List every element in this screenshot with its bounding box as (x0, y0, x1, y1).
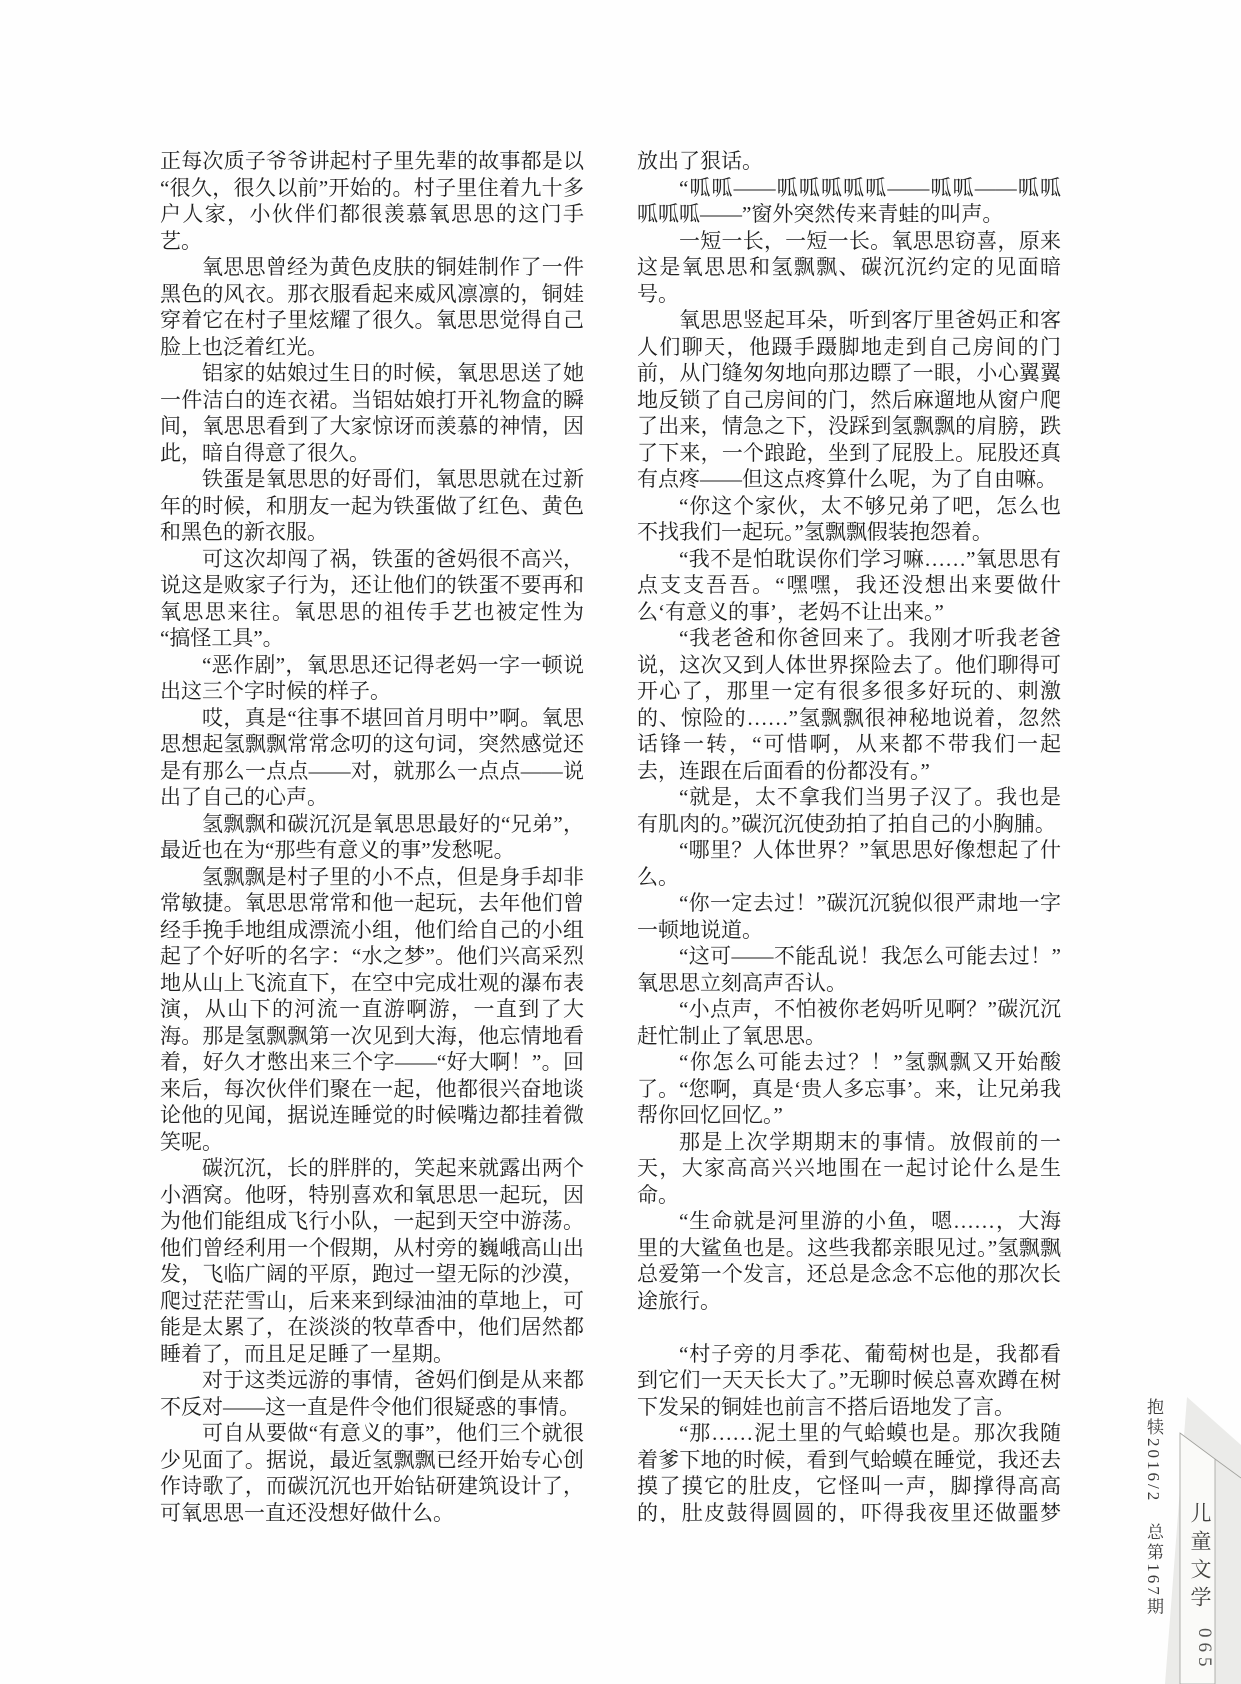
story-paragraph: 氢飘飘和碳沉沉是氧思思最好的“兄弟”，最近也在为“那些有意义的事”发愁呢。 (160, 811, 584, 864)
story-paragraph: “那……泥土里的气蛤蟆也是。那次我随着爹下地的时候，看到气蛤蟆在睡觉，我还去摸了… (637, 1420, 1061, 1523)
story-paragraph: “我老爸和你爸回来了。我刚才听我老爸说，这次又到人体世界探险去了。他们聊得可开心… (637, 625, 1061, 784)
story-paragraph: 碳沉沉，长的胖胖的，笑起来就露出两个小酒窝。他呀，特别喜欢和氧思思一起玩，因为他… (160, 1155, 584, 1367)
story-paragraph: 铝家的姑娘过生日的时候，氧思思送了她一件洁白的连衣裙。当铝姑娘打开礼物盒的瞬间，… (160, 360, 584, 466)
story-paragraph: 正每次质子爷爷讲起村子里先辈的故事都是以“很久，很久以前”开始的。村子里住着九十… (160, 148, 584, 254)
story-paragraph: 可自从要做“有意义的事”，他们三个就很少见面了。据说，最近氢飘飘已经开始专心创作… (160, 1420, 584, 1523)
story-column-left: 正每次质子爷爷讲起村子里先辈的故事都是以“很久，很久以前”开始的。村子里住着九十… (160, 148, 584, 1523)
magazine-name: 儿童文学 (1181, 1502, 1215, 1614)
story-paragraph: “哪里？人体世界？”氧思思好像想起了什么。 (637, 837, 1061, 890)
story-paragraph: “这可——不能乱说！我怎么可能去过！”氧思思立刻高声否认。 (637, 943, 1061, 996)
story-paragraph: 铁蛋是氧思思的好哥们，氧思思就在过新年的时候，和朋友一起为铁蛋做了红色、黄色和黑… (160, 466, 584, 546)
story-paragraph: 氢飘飘是村子里的小不点，但是身手却非常敏捷。氧思思常常和他一起玩，去年他们曾经手… (160, 864, 584, 1156)
story-paragraph: 放出了狠话。 (637, 148, 1061, 175)
story-paragraph: 氧思思竖起耳朵，听到客厅里爸妈正和客人们聊天，他蹑手蹑脚地走到自己房间的门前，从… (637, 307, 1061, 493)
story-paragraph: “我不是怕耽误你们学习嘛……”氧思思有点支支吾吾。“嘿嘿，我还没想出来要做什么‘… (637, 546, 1061, 626)
story-paragraph: 一短一长，一短一长。氧思思窃喜，原来这是氧思思和氢飘飘、碳沉沉约定的见面暗号。 (637, 228, 1061, 308)
story-paragraph: “恶作剧”，氧思思还记得老妈一字一顿说出这三个字时候的样子。 (160, 652, 584, 705)
story-paragraph: 那是上次学期期末的事情。放假前的一天，大家高高兴兴地围在一起讨论什么是生命。 (637, 1129, 1061, 1209)
story-paragraph: “呱呱——呱呱呱呱呱——呱呱——呱呱呱呱呱——”窗外突然传来青蛙的叫声。 (637, 175, 1061, 228)
magazine-page: 正每次质子爷爷讲起村子里先辈的故事都是以“很久，很久以前”开始的。村子里住着九十… (0, 0, 1241, 1684)
story-paragraph: “生命就是河里游的小鱼，嗯……，大海里的大鲨鱼也是。这些我都亲眼见过。”氢飘飘总… (637, 1208, 1061, 1314)
issue-info-vertical-caption: 抱犊2016/2 总第167期 (1141, 1398, 1166, 1613)
story-paragraph: 对于这类远游的事情，爸妈们倒是从来都不反对——这一直是件令他们很疑惑的事情。 (160, 1367, 584, 1420)
story-paragraph: 哎，真是“往事不堪回首月明中”啊。氧思思想起氢飘飘常常念叨的这句词，突然感觉还是… (160, 705, 584, 811)
story-column-right: 放出了狠话。“呱呱——呱呱呱呱呱——呱呱——呱呱呱呱呱——”窗外突然传来青蛙的叫… (637, 148, 1061, 1523)
story-paragraph: 可这次却闯了祸，铁蛋的爸妈很不高兴，说这是败家子行为，还让他们的铁蛋不要再和氧思… (160, 546, 584, 652)
story-paragraph: “小点声，不怕被你老妈听见啊？”碳沉沉赶忙制止了氧思思。 (637, 996, 1061, 1049)
story-paragraph: “你这个家伙，太不够兄弟了吧，怎么也不找我们一起玩。”氢飘飘假装抱怨着。 (637, 493, 1061, 546)
story-paragraph: 氧思思曾经为黄色皮肤的铜娃制作了一件黑色的风衣。那衣服看起来威风凛凛的，铜娃穿着… (160, 254, 584, 360)
story-paragraph: “就是，太不拿我们当男子汉了。我也是有肌肉的。”碳沉沉使劲拍了拍自己的小胸脯。 (637, 784, 1061, 837)
page-number: 065 (1181, 1628, 1215, 1672)
page-footer-badge: 儿童文学065 (1181, 1490, 1215, 1684)
story-paragraph: “你怎么可能去过？！”氢飘飘又开始酸了。“您啊，真是‘贵人多忘事’。来，让兄弟我… (637, 1049, 1061, 1129)
story-paragraph: “你一定去过！”碳沉沉貌似很严肃地一字一顿地说道。 (637, 890, 1061, 943)
story-paragraph: “村子旁的月季花、葡萄树也是，我都看到它们一天天长大了。”无聊时候总喜欢蹲在树下… (637, 1341, 1061, 1421)
